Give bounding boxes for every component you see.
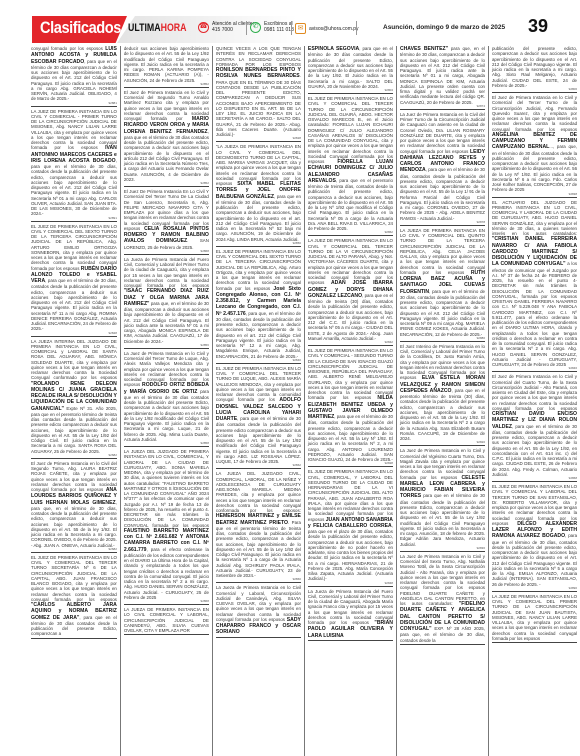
notice-text: , para que en el término de 30 días comp… xyxy=(31,59,117,102)
classifieds-columns: conyugal formado por los esposos LUIS AN… xyxy=(28,46,580,756)
notice-text: LA JUEZA DEL JUZGADO DE PRIMERA INSTANCI… xyxy=(124,449,209,528)
notice-text: , para que en el perentorio término de t… xyxy=(308,178,393,231)
notice-code: 92848 xyxy=(31,332,117,335)
notice-code: 92828 xyxy=(216,137,301,140)
notice-text: EL JUEZ DE PRIMERA INSTANCIA EN LO CIVIL… xyxy=(492,484,577,526)
column-4: ESPINOLA SEGOVIA, para que en el término… xyxy=(304,46,396,756)
notice-text: EL JUEZ DE PRIMERA INSTANCIA EN LO CIVIL… xyxy=(308,469,393,521)
legal-notice: El Juez Interino de Primera Instancia en… xyxy=(400,344,485,447)
legal-notice: La Jueza de Primera Instancia en lo Civi… xyxy=(216,585,301,637)
legal-notice: LA JUEZ DE PRIMERA INSTANCIA EN LO CIVIL… xyxy=(31,109,117,222)
notice-text: , para que en el término de 30 días, con… xyxy=(31,278,117,331)
notice-text: para que en el término de 30 días contad… xyxy=(124,389,209,442)
notice-text: EL ACTUARIO DEL JUZGADO DE PRIMERA INSTA… xyxy=(492,200,577,237)
notice-code: 92868 xyxy=(124,600,209,603)
notice-code: 92842 xyxy=(308,341,393,344)
whatsapp-icon: ✆ xyxy=(250,22,261,33)
notice-text: LA JUEZA DE PRIMERA INSTANCIA EN LO CIVI… xyxy=(400,228,485,275)
notice-text: deducir sus acciones bajo apercibimiento… xyxy=(124,46,209,83)
notice-code: 92862 xyxy=(216,464,301,467)
legal-notice: EL ACTUARIO DEL JUZGADO DE PRIMERA INSTA… xyxy=(492,200,577,373)
notice-code: 92820 xyxy=(400,441,485,444)
legal-notice: LA JUEZA DE PRIMERA INSTANCIA EN LO CIVI… xyxy=(124,607,209,635)
notice-text: , para que en el término de 30 días, con… xyxy=(400,289,485,337)
notice-code: 92890 xyxy=(492,587,577,590)
notice-text: EL JUEZ DE PRIMERA INSTANCIA EN LO CIVIL… xyxy=(216,249,301,291)
notice-code: 92682 xyxy=(31,454,117,457)
notice-text: , para que en el término de treinta (30)… xyxy=(308,293,393,341)
notice-code: 92860 xyxy=(216,578,301,581)
notice-text: LA JUEZ DE PRIMERA INSTANCIA EN LO CIVIL… xyxy=(492,594,577,641)
notice-text: La Juez de Primera Instancia en lo Civil… xyxy=(400,554,485,606)
column-3: QUINCE VECES A LOS QUE TENGAN INTERÉS EN… xyxy=(212,46,304,756)
legal-notice: La Juez de Primera Instancia en lo Civil… xyxy=(400,554,485,645)
notice-text: LA JUEZA DEL JUZGADO CIVIL, COMERCIAL, L… xyxy=(216,471,301,513)
notice-text: LA JUEZ DE PRIMERA INSTANCIA EN LO CIVIL… xyxy=(308,238,393,285)
legal-notice: El Juez de Primera Instancia en lo Civil… xyxy=(124,90,209,187)
notice-code: 92862 xyxy=(308,231,393,234)
legal-notice: QUINCE VECES A LOS QUE TENGAN INTERÉS EN… xyxy=(216,46,301,142)
legal-notice: LA JUEZA INTERINA DEL JUZGADO DE PRIMERA… xyxy=(31,339,117,459)
notice-text: , para que en el término de 30 días, con… xyxy=(400,167,485,220)
notice-parties: "CRISTIAN DANIEL FERREIRA NAVARRO C/ ANA… xyxy=(492,236,577,267)
notice-code: 92682 xyxy=(31,548,117,551)
notice-text: "LA JUEZA DE PRIMERA INSTANCIA EN LO CIV… xyxy=(216,144,301,186)
legal-notice: publicación del presente edicto, compare… xyxy=(492,46,577,93)
notice-code: 92886 xyxy=(400,337,485,340)
notice-text: , para que en el término de 30 días, con… xyxy=(492,424,577,477)
notice-text: para que, en el término de 30 días, comp… xyxy=(124,301,209,344)
legal-notice: El Juez de Primera Instancia en lo Civil… xyxy=(492,374,577,482)
notice-code: 92848 xyxy=(308,582,393,585)
notice-text: publicación del presente edicto, compare… xyxy=(492,46,577,88)
divider xyxy=(291,21,292,35)
notice-code: 92881 xyxy=(31,102,117,105)
notice-text: , para que en el plazo de 30 días, conta… xyxy=(308,523,393,582)
legal-notice: CHAVES BENITEZ" para que, en el término … xyxy=(400,46,485,110)
notice-text: . Para que en el perentorio término de t… xyxy=(216,520,301,579)
notice-code: 92846 xyxy=(492,367,577,370)
legal-notice: EL JUEZ DE PRIMERA INSTANCIA EN LO CIVIL… xyxy=(31,555,117,639)
notice-code: 92868 xyxy=(124,250,209,253)
notice-text: , para el efecto ordenase la publicación… xyxy=(124,547,209,600)
notice-text: El Juez de Primera Instancia en lo Civil… xyxy=(492,95,577,132)
notice-text: El Juez De Primera Instancia En Lo Civil… xyxy=(124,189,209,231)
legal-notice: LA JUEZ DE PRIMERA INSTANCIA EN LO CIVIL… xyxy=(492,594,577,643)
logo-part-hora: HORA xyxy=(161,22,187,34)
notice-text: EL JUEZ DE PRIMERA INSTANCIA EN LO CIVIL… xyxy=(31,224,117,271)
notice-text: , para que en el término de 30 días, con… xyxy=(216,194,301,242)
notice-parties: RONILSON BERNARDES PINTO Y ROSILVA NUNES… xyxy=(216,67,301,79)
legal-notice: conyugal formado por los esposos LUIS AN… xyxy=(31,46,117,107)
legal-notice: La Juez de Primera Instancia en lo Civil… xyxy=(124,351,209,447)
notice-text: , para que en el término de 30 días, con… xyxy=(492,533,577,586)
notice-code: 92852 xyxy=(124,83,209,86)
notice-text: , para que en el término de 30 días cont… xyxy=(308,46,393,89)
legal-notice: EL JUEZ DE PRIMERA INSTANCIA EN LO CIVIL… xyxy=(31,224,117,337)
notice-code: 92858 xyxy=(124,442,209,445)
notice-code: 92806 xyxy=(492,88,577,91)
phone-icon: ☎ xyxy=(198,22,209,33)
notice-text: La Juez de Primera Instancia en lo Civil… xyxy=(400,112,485,154)
legal-notice: LA JUEZA DEL JUZGADO CIVIL, COMERCIAL, L… xyxy=(216,471,301,583)
legal-notice: LA JUEZ DE PRIMERA INSTANCIA EN LO CIVIL… xyxy=(308,238,393,346)
legal-notice: "LA JUEZA DE PRIMERA INSTANCIA EN LO CIV… xyxy=(216,144,301,247)
legal-notice: La Juez de Primera Instancia en lo Civil… xyxy=(400,448,485,552)
legal-notice: EL JUEZ DE PRIMERA INSTANCIA EN LO CIVIL… xyxy=(308,96,393,236)
notice-text: EL JUEZ DE PRIMERA INSTANCIA EN LO CIVIL… xyxy=(308,96,393,164)
page-margin xyxy=(0,46,28,756)
legal-notice: El Juez de Primera Instancia en lo Civil… xyxy=(492,95,577,198)
section-title: Clasificados xyxy=(40,18,121,38)
notice-code: 92836 xyxy=(400,547,485,550)
notice-text: EL JUEZ DE PRIMERA INSTANCIA EN LO CIVIL… xyxy=(31,555,117,602)
notice-code: 92804 xyxy=(308,89,393,92)
legal-notice: LA JUEZA DE PRIMERA INSTANCIA EN LO CIVI… xyxy=(400,228,485,342)
notice-text: , para que en el término de 30 días, con… xyxy=(31,158,117,217)
notice-code: 92850 xyxy=(216,242,301,245)
notice-text: , para que en el perentorio término de t… xyxy=(400,388,485,441)
contact-email: ✉ avisos@uhora.com.py xyxy=(295,23,359,34)
logo-part-ultima: ULTIMA xyxy=(128,22,161,34)
legal-notice: EL JUEZ DE PRIMERA INSTANCIA EN LO CIVIL… xyxy=(216,249,301,364)
notice-text: a los efectos de comunicar que el Juzgad… xyxy=(492,261,577,367)
divider xyxy=(246,21,247,35)
legal-notice: El Juez De Primera Instancia En Lo Civil… xyxy=(124,189,209,255)
column-5: CHAVES BENITEZ" para que, en el término … xyxy=(396,46,488,756)
contact-whatsapp: ✆ Escríbinos al0981 111 013 xyxy=(250,21,294,33)
notice-parties: ESPINOLA SEGOVIA xyxy=(308,46,359,52)
notice-text: LA JUEZA INTERINA DEL JUZGADO DE PRIMERA… xyxy=(31,339,117,381)
newspaper-logo: ULTIMAHORA xyxy=(128,22,187,34)
column-6: publicación del presente edicto, compare… xyxy=(488,46,580,756)
notice-code: 92840 xyxy=(216,359,301,362)
notice-text: , para que, en el término de 30 días, co… xyxy=(216,311,301,359)
notice-code: 92891 xyxy=(31,217,117,220)
section-banner: Clasificados xyxy=(32,16,127,43)
legal-notice: LA JUEZA DEL JUZGADO DE PRIMERA INSTANCI… xyxy=(124,449,209,605)
column-2: deducir sus acciones bajo apercibimiento… xyxy=(120,46,212,756)
notice-code: 92878 xyxy=(400,221,485,224)
legal-notice: EL JUEZ DE PRIMERA INSTANCIA EN LO CIVIL… xyxy=(308,469,393,586)
notice-text: . PARA QUE EN EL TÉRMINO DE 30 DÍAS CONT… xyxy=(216,73,301,137)
notice-text: para que en el término de 30 días contad… xyxy=(400,493,485,546)
legal-notice: EL JUEZ DE PRIMERA INSTANCIA EN LO CIVIL… xyxy=(216,366,301,470)
divider xyxy=(356,21,357,35)
notice-text: conyugal formado por los esposos xyxy=(31,46,105,51)
notice-text: LA JUEZA DE PRIMERA INSTANCIA EN LO CIVI… xyxy=(124,607,209,633)
notice-code: 92856 xyxy=(124,344,209,347)
notice-text: LA JUEZ DE PRIMERA INSTANCIA EN LO CIVIL… xyxy=(31,109,117,151)
notice-code: 92874 xyxy=(400,105,485,108)
notice-text: Expte Nº 31. Año 2025, para que en el pe… xyxy=(31,406,117,454)
legal-notice: ESPINOLA SEGOVIA, para que en el término… xyxy=(308,46,393,94)
contact-phone-value: 415 7000 xyxy=(212,27,233,33)
legal-notice: La Juez de Primera Instancia en lo Civil… xyxy=(400,112,485,226)
notice-text: , para que en el término de 30 días cont… xyxy=(124,129,209,182)
notice-text: para que, en el término de 30 días, comp… xyxy=(400,46,485,105)
notice-text: EL JUEZ DE PRIMERA INSTANCIA EN LO CIVIL… xyxy=(308,348,393,400)
column-1: conyugal formado por los esposos LUIS AN… xyxy=(28,46,120,756)
notice-text: , para que, en el término de 30 días, co… xyxy=(31,500,117,548)
envelope-icon: ✉ xyxy=(295,23,306,34)
contact-whatsapp-value: 0981 111 013 xyxy=(264,27,294,33)
notice-code: 92828 xyxy=(308,462,393,465)
notice-code: 92838 xyxy=(492,193,577,196)
notice-text: , para que en el término de 30 días, con… xyxy=(308,414,393,462)
legal-notice: EL JUEZ DE PRIMERA INSTANCIA EN LO CIVIL… xyxy=(492,484,577,592)
notice-code: 92868 xyxy=(492,477,577,480)
publication-date: Asunción, domingo 9 de marzo de 2025 xyxy=(383,24,505,31)
legal-notice: El Juez de Primera Instancia en lo Civil… xyxy=(31,461,117,553)
notice-text: La Jueza de Primera Instancia del Fuero … xyxy=(124,257,209,288)
notice-text: QUINCE VECES A LOS QUE TENGAN INTERÉS EN… xyxy=(216,46,301,67)
notice-text: El Juez de Primera Instancia en lo Civil… xyxy=(31,461,117,492)
legal-notice: La Jueza de Primera Instancia del Fuero … xyxy=(308,589,393,641)
notice-code: 92852 xyxy=(124,182,209,185)
contact-email-value[interactable]: avisos@uhora.com.py xyxy=(309,26,359,32)
notice-text: El Juez de Primera Instancia en lo Civil… xyxy=(492,374,577,411)
page-header: Clasificados ULTIMAHORA ☎ Atención al cl… xyxy=(0,0,580,42)
legal-notice: deducir sus acciones bajo apercibimiento… xyxy=(124,46,209,88)
page-number: 39 xyxy=(528,16,548,37)
notice-parties: CHAVES BENITEZ" xyxy=(400,46,448,52)
notice-text: ..., para que, en el término de 30 días … xyxy=(492,144,577,192)
legal-notice: EL JUEZ DE PRIMERA INSTANCIA EN LO CIVIL… xyxy=(308,348,393,467)
notice-text: , para que en el término de 30 días cont… xyxy=(216,416,301,464)
legal-notice: La Jueza de Primera Instancia del Fuero … xyxy=(124,257,209,349)
